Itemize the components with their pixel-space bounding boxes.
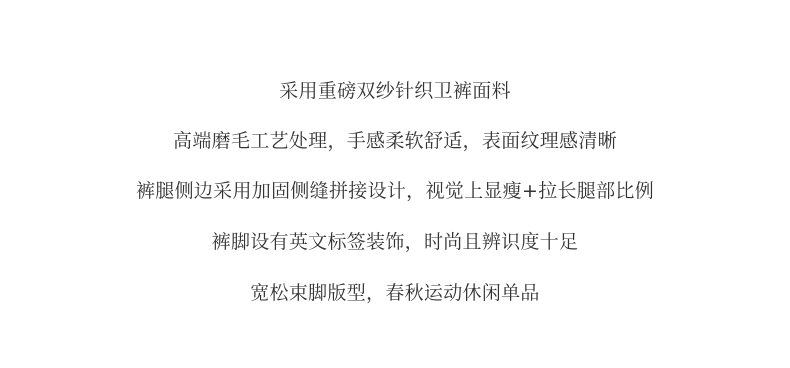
- description-line-side-seam: 裤腿侧边采用加固侧缝拼接设计，视觉上显瘦+拉长腿部比例: [0, 178, 790, 204]
- description-line-fabric: 采用重磅双纱针织卫裤面料: [0, 78, 790, 104]
- product-description: 采用重磅双纱针织卫裤面料 高端磨毛工艺处理，手感柔软舒适，表面纹理感清晰 裤腿侧…: [0, 0, 790, 368]
- description-line-finish: 高端磨毛工艺处理，手感柔软舒适，表面纹理感清晰: [0, 128, 790, 154]
- description-line-fit: 宽松束脚版型，春秋运动休闲单品: [0, 280, 790, 306]
- description-line-hem-label: 裤脚设有英文标签装饰，时尚且辨识度十足: [0, 229, 790, 255]
